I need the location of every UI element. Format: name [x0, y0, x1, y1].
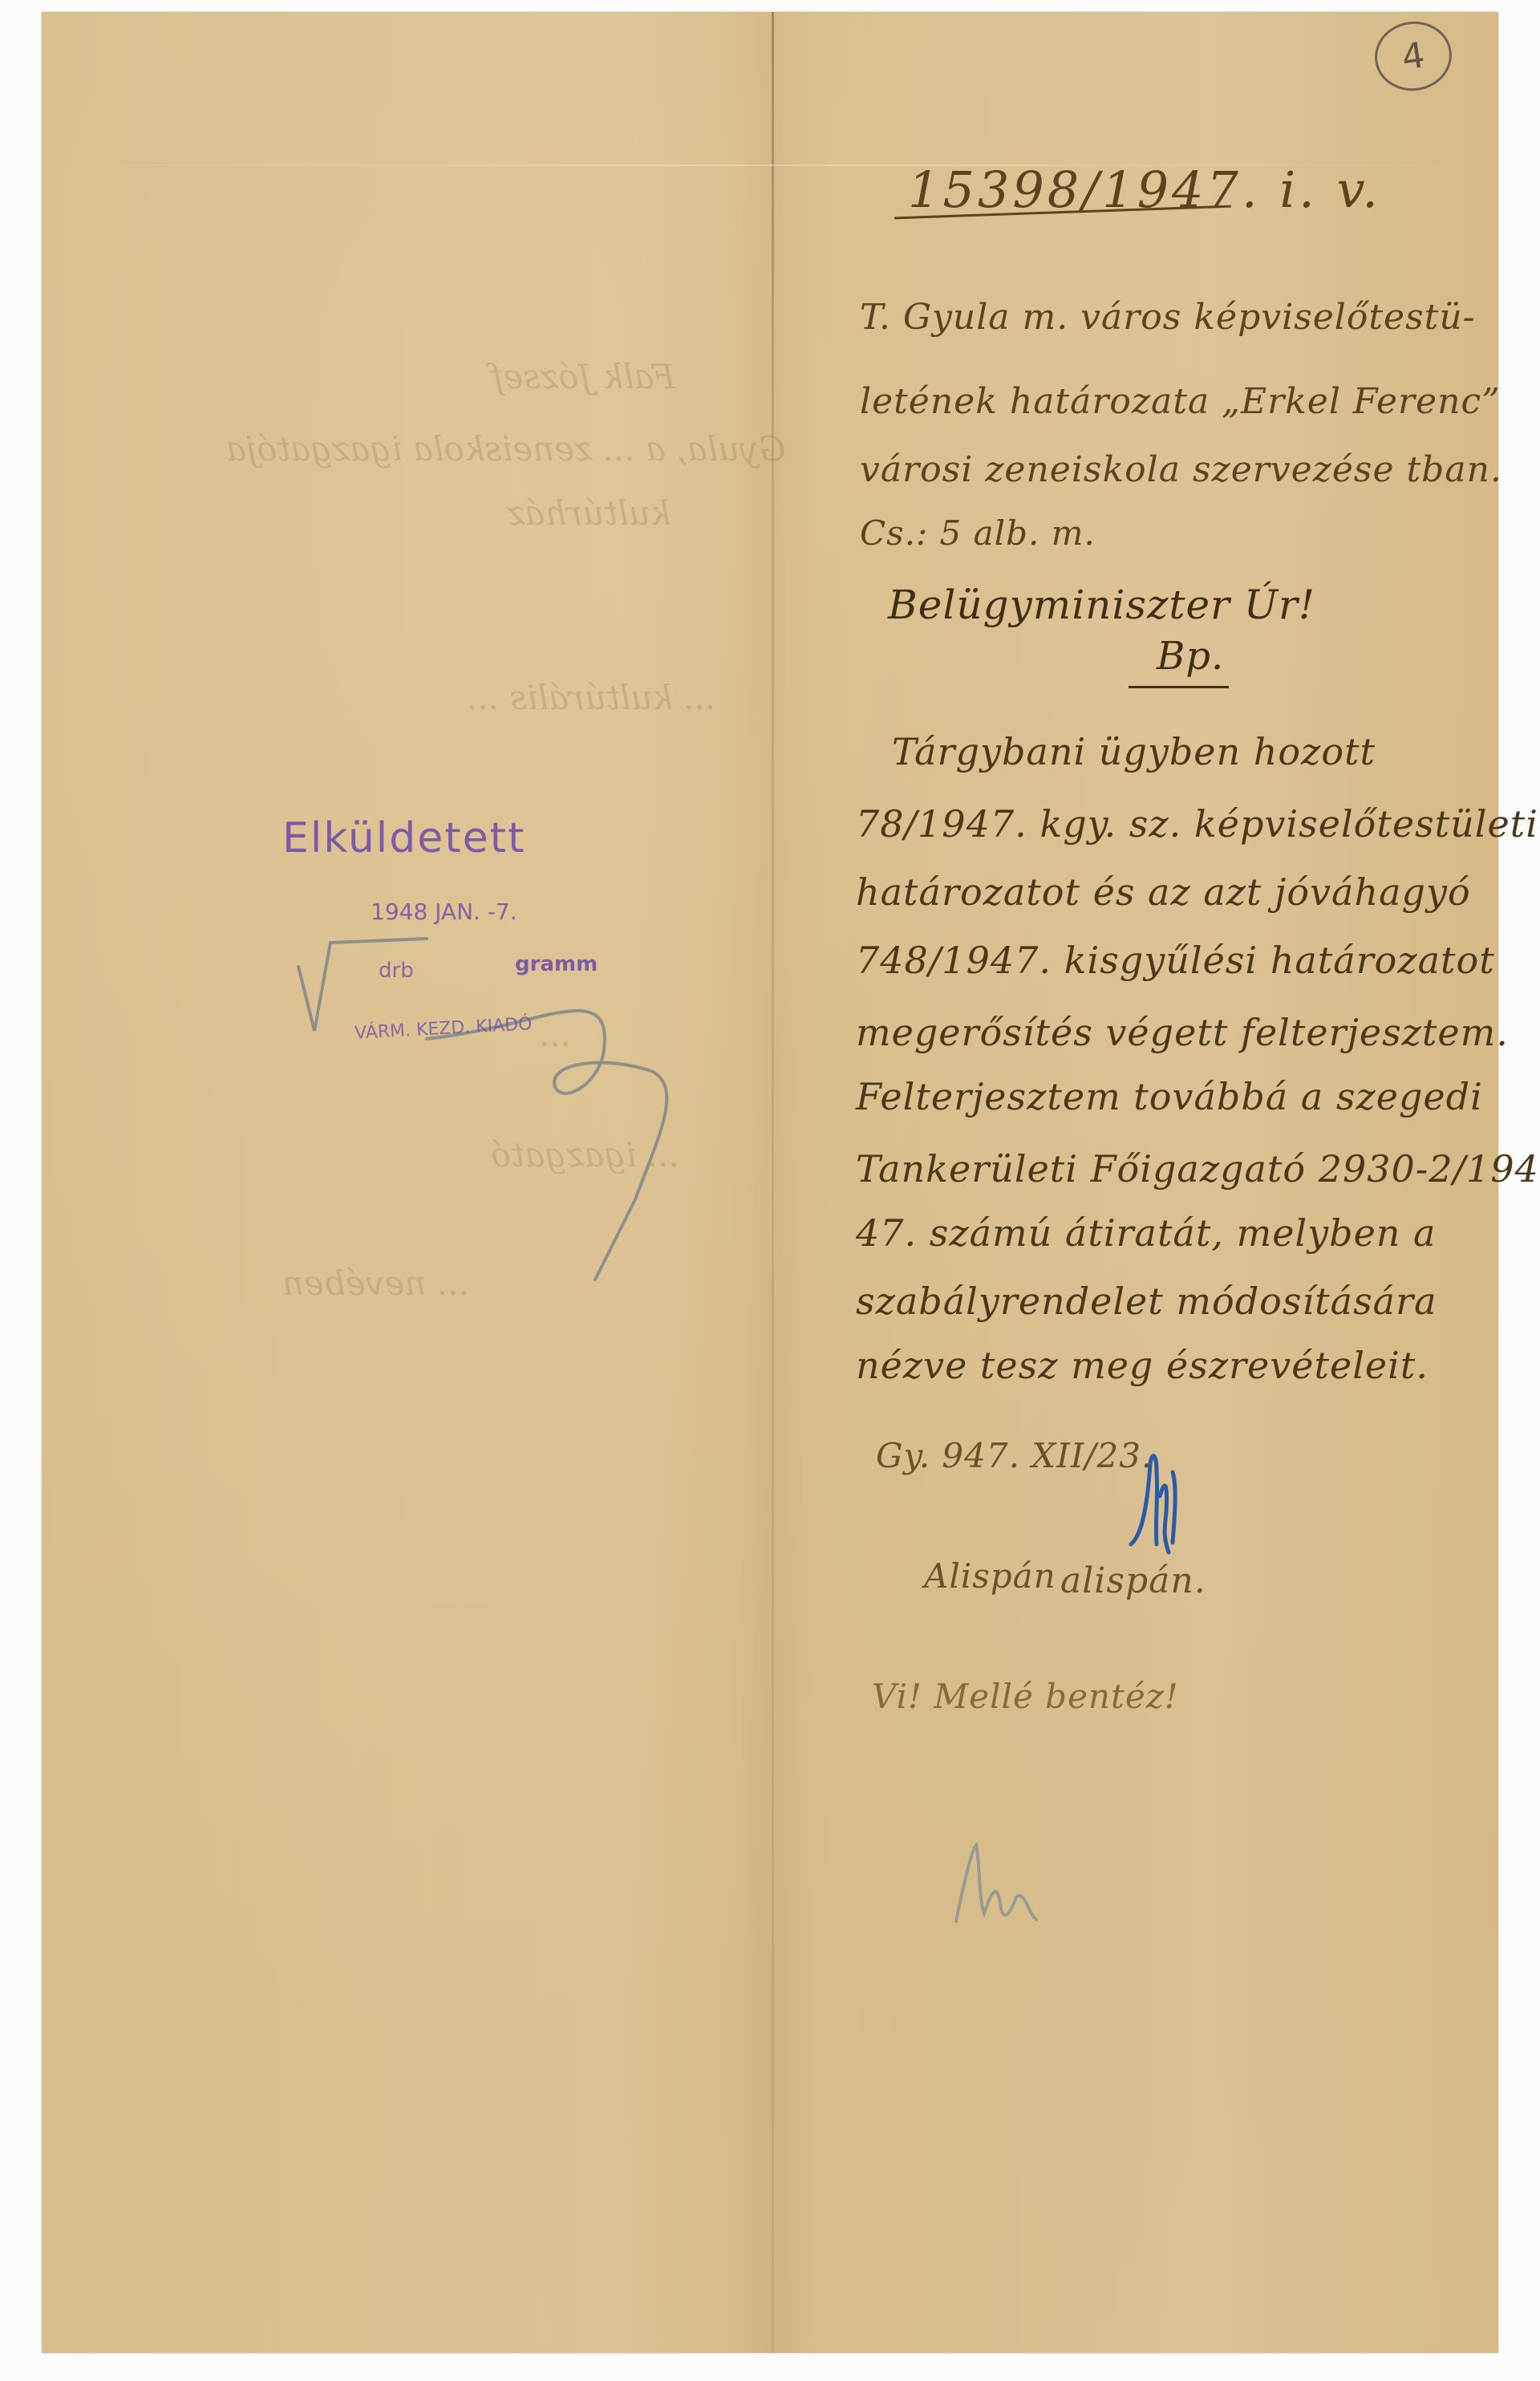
dispatch-stamp: Elküldetett 1948 JAN. -7. drb gramm VÁRM…	[282, 814, 619, 1055]
body-line: Felterjesztem továbbá a szegedi	[856, 1075, 1483, 1118]
body-line: szabályrendelet módosítására	[856, 1280, 1437, 1323]
body-line: megerősítés végett felterjesztem.	[856, 1011, 1509, 1054]
stamp-title: Elküldetett	[282, 814, 525, 862]
subject-line: T. Gyula m. város képviselőtestü-	[860, 297, 1476, 338]
subject-line: városi zeneiskola szervezése tban.	[860, 449, 1502, 490]
vertical-fold-line	[772, 12, 774, 2353]
enclosures-line: Cs.: 5 alb. m.	[860, 513, 1096, 553]
destination-underline	[1129, 686, 1229, 688]
body-line: 78/1947. kgy. sz. képviselőtestületi	[856, 802, 1538, 846]
body-line: 748/1947. kisgyűlési határozatot	[856, 939, 1495, 982]
margin-annotation: Vi! Mellé bentéz!	[872, 1677, 1179, 1716]
bleed-through-text: Falk József	[491, 357, 675, 396]
stamp-date: 1948 JAN. -7.	[371, 898, 517, 925]
body-line: határozatot és az azt jóváhagyó	[856, 870, 1471, 914]
signature-role: alispán.	[1060, 1560, 1206, 1601]
blue-ink-signature	[1125, 1448, 1189, 1560]
stamp-count: drb	[379, 959, 414, 983]
body-line: 47. számú átiratát, melyben a	[856, 1211, 1436, 1255]
destination: Bp.	[1157, 634, 1224, 679]
subject-line: letének határozata „Erkel Ferenc”	[860, 381, 1501, 422]
body-line: Tankerületi Főigazgató 2930-2/1946-	[856, 1147, 1540, 1190]
bleed-through-text: Gyula, a ... zeneiskola igazgatója	[226, 429, 785, 468]
date-line: Gy. 947. XII/23.	[876, 1436, 1153, 1475]
document-page: Falk József Gyula, a ... zeneiskola igaz…	[42, 12, 1498, 2353]
pencil-initials	[948, 1833, 1076, 1929]
bleed-through-text: ... kultúrális ...	[467, 678, 715, 717]
stamp-office: VÁRM. KEZD. KIADÓ	[354, 1014, 533, 1044]
bleed-through-text: kultúrház	[507, 493, 671, 533]
signoff: Alispán	[924, 1556, 1056, 1596]
page-number-circle: 4	[1370, 17, 1456, 96]
stamp-unit: gramm	[515, 952, 598, 976]
salutation: Belügyminiszter Úr!	[888, 582, 1315, 628]
body-line: Tárgybani ügyben hozott	[892, 730, 1376, 773]
body-line: nézve tesz meg észrevételeit.	[856, 1344, 1429, 1387]
